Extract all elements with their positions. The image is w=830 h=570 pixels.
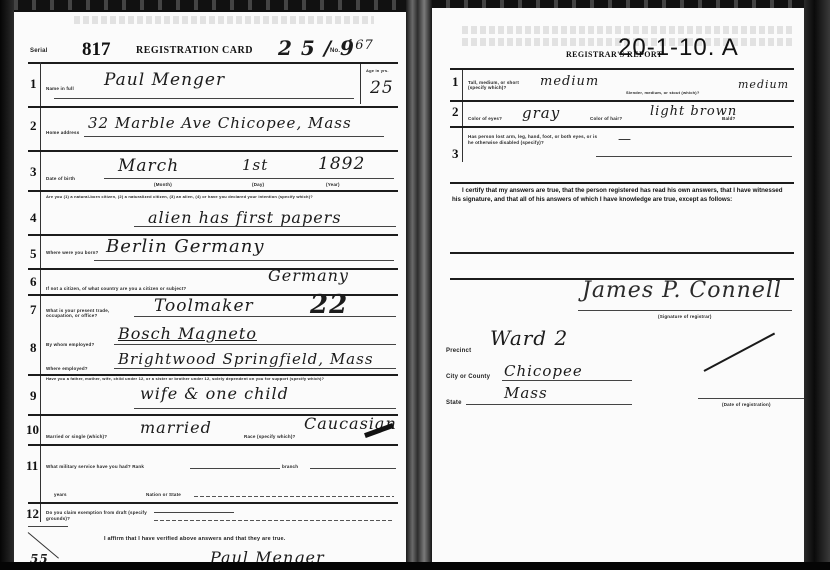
registrar-report-back: REGISTRAR'S REPORT 20-1-10. A 1 Tall, me… bbox=[432, 8, 804, 564]
order-number: 167 bbox=[346, 38, 374, 53]
birthplace-value: Berlin Germany bbox=[106, 236, 265, 257]
film-edge-left bbox=[0, 0, 14, 570]
number-column-rule bbox=[462, 70, 463, 162]
field-number: 9 bbox=[30, 388, 37, 404]
faded-header-text bbox=[74, 16, 374, 24]
field-label-2: branch bbox=[282, 464, 298, 469]
divider bbox=[450, 182, 794, 184]
order-label: No. bbox=[330, 48, 340, 54]
field-number: 4 bbox=[30, 210, 37, 226]
field-label-2: Where employed? bbox=[46, 366, 88, 371]
stamp-mark: 2 5 / 9 bbox=[278, 36, 355, 60]
divider bbox=[28, 106, 398, 108]
age-value: 25 bbox=[370, 78, 394, 98]
field-label: Do you claim exemption from draft (speci… bbox=[46, 510, 156, 522]
field-number: 5 bbox=[30, 246, 37, 262]
dependents-value: wife & one child bbox=[140, 384, 289, 403]
state-value: Mass bbox=[504, 384, 548, 402]
field-number: 7 bbox=[30, 302, 37, 318]
field-label-2: Color of hair? bbox=[590, 116, 622, 121]
divider bbox=[28, 444, 398, 446]
field-number: 11 bbox=[26, 458, 38, 474]
divider bbox=[194, 496, 394, 497]
occupation-value: Toolmaker bbox=[154, 296, 254, 316]
sublabel-day: (Day) bbox=[252, 182, 264, 187]
divider bbox=[54, 98, 354, 99]
divider bbox=[84, 136, 384, 137]
serial-number: 817 bbox=[82, 39, 111, 61]
divider bbox=[28, 502, 398, 504]
field-label: If not a citizen, of what country are yo… bbox=[46, 286, 186, 291]
field-label: Where were you born? bbox=[46, 250, 99, 255]
divider bbox=[450, 100, 794, 102]
employment-place-value: Brightwood Springfield, Mass bbox=[118, 350, 374, 368]
birth-day-value: 1st bbox=[242, 156, 268, 174]
field-label: Married or single (which)? bbox=[46, 434, 107, 439]
divider bbox=[154, 520, 394, 521]
field-label-3: Bald? bbox=[722, 116, 736, 121]
field-label: What is your present trade, occupation, … bbox=[46, 308, 126, 318]
divider bbox=[310, 468, 396, 469]
certification-text: I certify that my answers are true, that… bbox=[452, 186, 792, 204]
marital-status-value: married bbox=[140, 418, 212, 437]
field-number: 1 bbox=[452, 74, 459, 90]
field-label: Are you (1) a natural-born citizen, (2) … bbox=[46, 194, 386, 199]
divider bbox=[154, 512, 234, 513]
field-label: Have you a father, mother, wife, child u… bbox=[46, 376, 386, 381]
field-label: Date of birth bbox=[46, 176, 75, 181]
divider bbox=[114, 368, 396, 369]
field-label: Color of eyes? bbox=[468, 116, 502, 121]
field-number: 10 bbox=[26, 422, 39, 438]
divider bbox=[94, 260, 394, 261]
field-label: Name in full bbox=[46, 86, 74, 91]
divider bbox=[134, 226, 396, 227]
divider bbox=[134, 316, 396, 317]
citizenship-value: alien has first papers bbox=[148, 208, 342, 227]
divider bbox=[104, 178, 394, 179]
sublabel-month: (Month) bbox=[154, 182, 172, 187]
divider bbox=[450, 68, 794, 70]
home-address-value: 32 Marble Ave Chicopee, Mass bbox=[88, 114, 352, 132]
film-edge-bottom bbox=[0, 562, 830, 570]
field-label: What military service have you had? Rank bbox=[46, 464, 144, 469]
divider bbox=[360, 64, 361, 104]
field-number: 12 bbox=[26, 506, 39, 522]
report-stamp: 20-1-10. A bbox=[618, 34, 739, 62]
film-edge-right bbox=[804, 0, 830, 570]
field-label: By whom employed? bbox=[46, 342, 94, 347]
height-value: medium bbox=[540, 74, 599, 89]
employer-value: Bosch Magneto bbox=[118, 324, 257, 343]
city-label: City or County bbox=[446, 374, 490, 380]
field-number: 8 bbox=[30, 340, 37, 356]
divider bbox=[28, 62, 398, 64]
field-label: Home address bbox=[46, 130, 79, 135]
field-label-3: years bbox=[54, 492, 67, 497]
divider bbox=[596, 156, 792, 157]
divider bbox=[450, 252, 794, 254]
divider bbox=[190, 468, 280, 469]
divider bbox=[502, 380, 632, 381]
divider bbox=[114, 344, 396, 345]
field-number: 2 bbox=[30, 118, 37, 134]
field-number: 3 bbox=[452, 146, 459, 162]
precinct-label: Precinct bbox=[446, 348, 471, 354]
registration-date-stroke bbox=[704, 333, 776, 372]
city-value: Chicopee bbox=[504, 362, 583, 380]
sublabel-year: (Year) bbox=[326, 182, 340, 187]
field-label-4: Nation or State bbox=[146, 492, 181, 497]
field-number: 1 bbox=[30, 76, 37, 92]
field-label-2: Race (specify which)? bbox=[244, 434, 295, 439]
divider bbox=[28, 150, 398, 152]
scanned-document: Serial 817 REGISTRATION CARD 2 5 / 9 No.… bbox=[0, 0, 830, 570]
divider bbox=[134, 408, 396, 409]
divider bbox=[466, 404, 632, 405]
divider bbox=[28, 190, 398, 192]
field-label: Tall, medium, or short (specify which)? bbox=[468, 80, 528, 90]
build-value: medium bbox=[738, 78, 789, 91]
serial-label: Serial bbox=[30, 48, 48, 54]
card-title: REGISTRATION CARD bbox=[136, 45, 253, 56]
divider bbox=[578, 310, 792, 311]
divider bbox=[28, 526, 68, 527]
precinct-value: Ward 2 bbox=[490, 326, 568, 350]
film-gutter bbox=[406, 0, 432, 570]
age-label: Age in yrs. bbox=[366, 68, 389, 73]
eye-color-value: gray bbox=[522, 104, 560, 122]
birth-year-value: 1892 bbox=[318, 154, 365, 174]
field-label-2: Slender, medium, or stout (which)? bbox=[626, 90, 699, 95]
divider bbox=[450, 126, 794, 128]
date-caption: (Date of registration) bbox=[722, 402, 771, 407]
birth-month-value: March bbox=[118, 156, 179, 176]
field-number: 3 bbox=[30, 164, 37, 180]
citizen-of-value: Germany bbox=[268, 266, 349, 285]
faded-header-text bbox=[462, 26, 792, 34]
registrar-signature: James P. Connell bbox=[582, 278, 782, 303]
registration-card-front: Serial 817 REGISTRATION CARD 2 5 / 9 No.… bbox=[14, 12, 406, 568]
field-label: Has person lost arm, leg, hand, foot, or… bbox=[468, 134, 598, 146]
disability-value: — bbox=[618, 132, 632, 147]
name-value: Paul Menger bbox=[104, 70, 225, 90]
field-number: 6 bbox=[30, 274, 37, 290]
field-number: 2 bbox=[452, 104, 459, 120]
divider bbox=[698, 398, 804, 399]
state-label: State bbox=[446, 400, 462, 406]
number-column-rule bbox=[40, 62, 41, 522]
affirmation-text: I affirm that I have verified above answ… bbox=[104, 536, 286, 542]
signature-caption: (Signature of registrar) bbox=[658, 314, 712, 319]
